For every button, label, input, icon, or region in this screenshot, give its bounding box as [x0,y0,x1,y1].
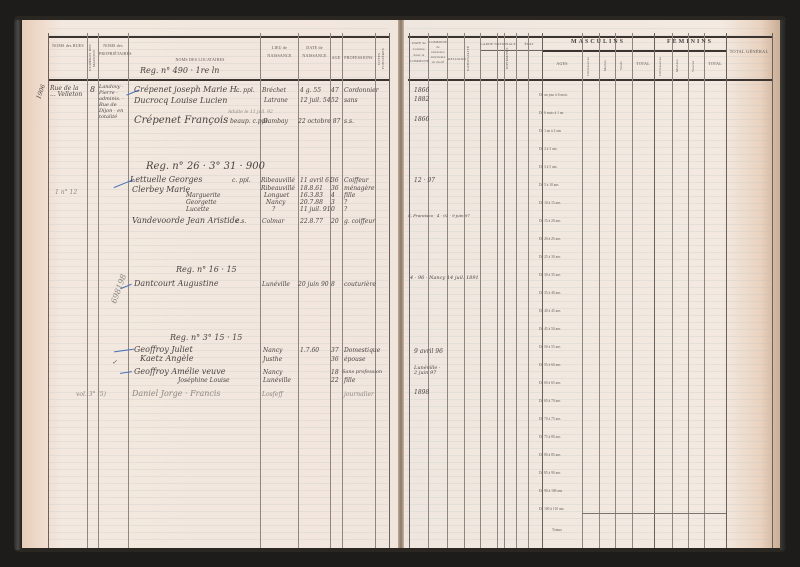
right-col-divider [409,33,410,548]
header-cotes-foncieres: COTES FONCIÈRES [377,42,387,76]
header-date-entree: DATE de l'entrée dans la COMMUNE [410,40,428,64]
age-bracket: De 75 à 80 ans [539,435,560,439]
entry-birthplace: Dambay [263,119,288,125]
age-bracket: De 50 à 55 ans [539,345,560,349]
entry-relation: c. ppl. [232,178,251,184]
entry-relation: c. ppl. [236,88,255,94]
left-col-divider [330,33,331,548]
header-commune-anterieure: COMMUNE de résidence antérieure ou motif [429,40,447,65]
age-bracket: De 2 à 3 ans [539,147,557,151]
entry-name: Geoffroy Juliet [134,346,193,354]
subheader-f-celibataires: Célibataires [658,54,666,78]
age-bracket: De 1 an à 2 ans [539,129,561,133]
age-bracket: De 70 à 75 ans [539,417,560,421]
entry-name: Geoffroy Amélie veuve [134,368,225,376]
entry-birthplace: Losfeff [262,392,283,398]
age-bracket: De 10 à 15 ans [539,201,560,205]
header-professions: PROFESSIONS [342,54,375,62]
header-masculins: MASCULINS [542,38,654,46]
header-infirmites: INFIRMITÉS [505,40,515,76]
entry-birthplace: Nancy [263,348,282,354]
entry-name: Lettuelle Georges [130,176,202,184]
header-numeros-maisons: NUMÉROS DES MAISONS [88,40,98,76]
subheader-m-total: TOTAL [632,60,654,68]
subheader-m-maries: Mariés [603,56,611,76]
header-noms-proprietaires: NOMS des PROPRIÉTAIRES [99,42,127,58]
entry-birthplace: Bréchet [262,88,286,94]
entry-age: 36 [331,357,339,363]
entry-date: S. Francisco · 4 · 92 · 9 juin 97 [408,214,478,218]
header-subrule [654,50,726,52]
totals-label: Totaux [552,528,562,532]
right-col-divider [672,33,673,548]
entry-age: 8 [331,282,335,288]
left-header-top-rule [48,36,390,38]
header-subrule [516,50,542,51]
left-col-divider [375,33,376,548]
entry-name: Crépenet François [134,116,228,126]
entry-birthdate: 11 juil. 91 [300,207,331,213]
right-col-divider [726,33,727,548]
entry-birthplace: Nancy [263,370,282,376]
entry-date: 9 avril 96 [414,349,443,355]
age-bracket: De 15 à 20 ans [539,219,560,223]
header-age: AGE [330,54,342,62]
header-etat: ÉTAT [516,40,542,48]
entry-age: 0 [331,207,335,213]
age-bracket: De 40 à 45 ans [539,309,560,313]
age-bracket: De 60 à 65 ans [539,381,560,385]
subheader-m-veufs: Veufs [619,56,627,76]
entry-date: Lunéville · 2 juin 97 [414,366,444,376]
subheader-f-veuves: Veuves [691,56,699,76]
entry-note: Adulte le 11 juil. 92 [228,111,273,116]
subheader-ages: AGES [542,60,582,68]
left-col-divider [298,33,299,548]
entry-date: 4 · 96 · Nancy 14 juil. 1891 [410,276,479,281]
age-bracket: De 35 à 40 ans [539,291,560,295]
age-bracket: De 3 à 5 ans [539,165,557,169]
book-cover-edge-right [780,20,786,550]
left-col-divider [48,33,49,548]
right-col-divider [582,33,583,548]
age-bracket: De 5 à 10 ans [539,183,559,187]
entry-name: Crépenet joseph Marie H. [134,86,239,94]
header-feminins: FÉMININS [654,38,726,46]
entry-profession: Coiffeur [344,178,369,184]
entry-profession: Sans profession [342,370,382,375]
age-bracket: De 20 à 25 ans [539,237,560,241]
age-bracket: De 80 à 85 ans [539,453,560,457]
subheader-f-total: TOTAL [704,60,726,68]
entry-age: 37 [331,348,339,354]
header-noms-locataires: NOMS DES LOCATAIRES [150,56,250,64]
subheader-f-mariees: Mariées [675,56,683,76]
check-mark-icon: ✓ [112,360,117,366]
age-bracket: De 65 à 70 ans [539,399,560,403]
right-col-divider [497,33,498,548]
section-header: Reg. n° 16 · 15 [176,266,237,274]
right-col-divider [516,33,517,548]
totals-rule [582,513,726,514]
age-bracket: De 6 mois à 1 an [539,111,563,115]
entry-birthplace: Justhe [263,357,282,363]
entry-birthdate: 20 juin 90 [298,282,329,288]
entry-relation: c.s. [236,219,246,225]
right-col-divider [599,33,600,548]
entry-birthplace: Ribeauvillé [261,178,295,184]
entry-date: 1866 [414,88,429,94]
right-col-divider [480,33,481,548]
entry-profession: fille [344,378,355,384]
entry-age: 47 [331,88,339,94]
entry-profession: journalier [344,392,374,398]
entry-birthdate: 12 juil. 54 [300,98,331,104]
right-page-ruling [405,28,771,540]
section-header: Reg. n° 3° 15 · 15 [170,334,242,342]
entry-profession: épouse [344,357,366,363]
entry-profession: s.s. [344,119,354,125]
entry-birthplace: Nancy [266,200,285,206]
entry-date: 1898 [414,390,429,396]
age-bracket: De 55 à 60 ans [539,363,560,367]
entry-age: 52 [331,98,339,104]
age-bracket: De un jour à 6 mois [539,93,567,97]
entry-date: 12 · 97 [414,178,435,184]
right-col-divider [688,33,689,548]
owner-name: Landovy · Pierre · adminis. · Rue de Dij… [99,84,129,120]
entry-name: Kaetz Angèle [140,355,194,363]
right-col-divider [632,33,633,548]
book-gutter [398,20,404,548]
header-subrule [542,50,654,52]
entry-birthdate: 11 avril 61 [300,178,333,184]
section-header: Reg. n° 26 · 3° 31 · 900 [146,162,265,172]
entry-age: 18 [331,370,339,376]
margin-note: vol. 3° (5) [76,392,106,398]
right-header-bottom-rule [408,79,772,81]
age-bracket: De 85 à 90 ans [539,471,560,475]
entry-birthplace: Lunéville [263,378,291,384]
right-col-divider [447,33,448,548]
entry-birthdate: 1.7.60 [300,348,319,354]
header-religion: RELIGION [448,55,464,63]
entry-name: Dantcourt Augustine [134,280,219,288]
entry-age: 22 [331,378,339,384]
entry-birthplace: ? [272,207,275,213]
entry-profession: sans [344,98,358,104]
house-number: 8 [90,86,95,94]
right-col-divider [654,33,655,548]
entry-name: Clerbey Marie [132,186,190,194]
left-col-divider [87,33,88,548]
entry-age: 36 [331,178,339,184]
entry-name: Vandevoorde Jean Aristide [132,217,240,225]
book-cover-edge-left [14,20,22,550]
entry-profession: Cordonnier [344,88,379,94]
entry-age: 20 [331,219,339,225]
left-col-divider [342,33,343,548]
entry-date: 1882 [414,97,429,103]
left-col-divider [389,33,390,548]
header-annotation: Reg. n° 490 · 1re ln [140,67,219,75]
age-bracket: De 30 à 35 ans [539,273,560,277]
entry-date: 1866 [414,117,429,123]
entry-birthplace: Colmar [262,219,284,225]
entry-name: Daniel Jorge · Francis [132,390,221,398]
right-col-divider [464,33,465,548]
entry-name: Ducrocq Louise Lucien [134,97,227,105]
subheader-m-celibataires: Célibataires [586,54,594,78]
entry-birthdate: 22.8.77 [300,219,323,225]
right-col-divider [528,33,529,548]
entry-name: Joséphine Louise [178,378,230,384]
header-date-naissance: DATE de NAISSANCE [300,44,329,60]
entry-profession: couturière [344,282,376,288]
entry-profession: g. coiffeur [344,219,375,225]
entry-birthplace: Lunéville [262,282,290,288]
entry-profession: Domestique [344,348,380,354]
age-bracket: De 90 à 100 ans [539,489,562,493]
entry-birthplace: Latrane [264,98,288,104]
right-col-divider [772,33,773,548]
right-col-divider [615,33,616,548]
entry-birthdate: 22 octobre 87 [298,119,340,125]
header-noms-des-rues: NOMS des RUES [50,42,86,50]
left-header-bottom-rule [48,79,390,81]
header-total-general: TOTAL GÉNÉRAL [727,46,771,58]
margin-note: 1 n° 12 [55,190,77,196]
entry-birthdate: 4 g. 55 [300,88,321,94]
header-lieu-naissance: LIEU de NAISSANCE [262,44,297,60]
entry-name: Lucette [186,207,209,213]
entry-profession: ? [344,207,347,213]
header-nationalite: NATIONALITÉ [466,40,478,76]
right-col-divider [504,33,505,548]
street-name: Rue de la ... Velleton [50,86,86,98]
right-col-divider [428,33,429,548]
age-bracket: De 45 à 50 ans [539,327,560,331]
age-bracket: De 25 à 30 ans [539,255,560,259]
age-bracket: De 100 à 110 ans [539,507,564,511]
right-col-divider [704,33,705,548]
